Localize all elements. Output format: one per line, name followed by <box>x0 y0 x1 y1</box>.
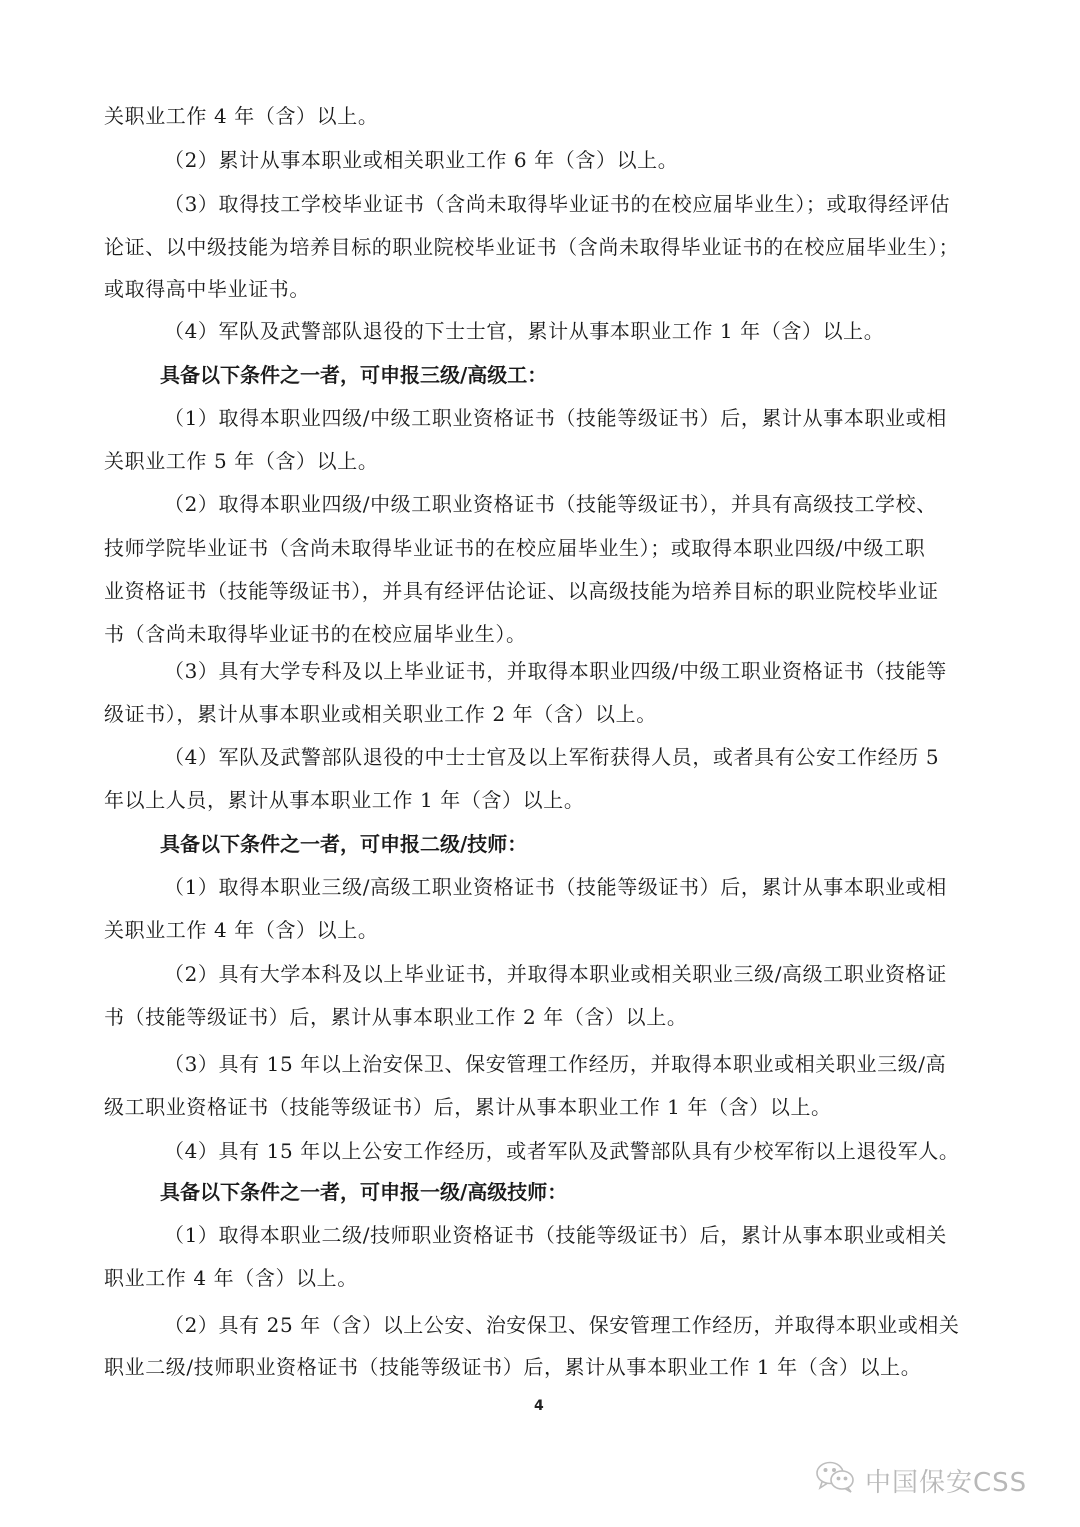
text-line: 业资格证书（技能等级证书），并具有经评估论证、以高级技能为培养目标的职业院校毕业… <box>104 576 976 606</box>
text-line: （2）累计从事本职业或相关职业工作 6 年（含）以上。 <box>164 145 1036 175</box>
text-line: （3）取得技工学校毕业证书（含尚未取得毕业证书的在校应届毕业生）；或取得经评估 <box>164 189 1036 219</box>
section-heading: 具备以下条件之一者，可申报三级/高级工： <box>160 360 1032 390</box>
section-heading: 具备以下条件之一者，可申报一级/高级技师： <box>160 1177 1032 1207</box>
text-line: 论证、以中级技能为培养目标的职业院校毕业证书（含尚未取得毕业证书的在校应届毕业生… <box>104 232 976 262</box>
section-heading: 具备以下条件之一者，可申报二级/技师： <box>160 829 1032 859</box>
text-line: （2）具有大学本科及以上毕业证书，并取得本职业或相关职业三级/高级工职业资格证 <box>164 959 1036 989</box>
wechat-icon <box>815 1460 857 1501</box>
text-line: （1）取得本职业三级/高级工职业资格证书（技能等级证书）后，累计从事本职业或相 <box>164 872 1036 902</box>
document-page: 4 中国保安CSS 关职业工作 4 年（含）以上。（2）累计从事本职业或相关职业… <box>0 0 1080 1527</box>
text-line: 书（技能等级证书）后，累计从事本职业工作 2 年（含）以上。 <box>104 1002 976 1032</box>
text-line: （1）取得本职业二级/技师职业资格证书（技能等级证书）后，累计从事本职业或相关 <box>164 1220 1036 1250</box>
text-line: 关职业工作 4 年（含）以上。 <box>104 915 976 945</box>
text-line: （3）具有大学专科及以上毕业证书，并取得本职业四级/中级工职业资格证书（技能等 <box>164 656 1036 686</box>
text-line: （2）取得本职业四级/中级工职业资格证书（技能等级证书），并具有高级技工学校、 <box>164 489 1036 519</box>
text-line: （4）军队及武警部队退役的下士士官，累计从事本职业工作 1 年（含）以上。 <box>164 316 1036 346</box>
text-line: 技师学院毕业证书（含尚未取得毕业证书的在校应届毕业生）；或取得本职业四级/中级工… <box>104 533 976 563</box>
text-line: （4）具有 15 年以上公安工作经历，或者军队及武警部队具有少校军衔以上退役军人… <box>164 1136 1036 1166</box>
watermark-text: 中国保安CSS <box>865 1462 1027 1499</box>
text-line: 书（含尚未取得毕业证书的在校应届毕业生）。 <box>104 619 976 649</box>
text-line: 级工职业资格证书（技能等级证书）后，累计从事本职业工作 1 年（含）以上。 <box>104 1092 976 1122</box>
text-line: 关职业工作 4 年（含）以上。 <box>104 101 976 131</box>
text-line: （2）具有 25 年（含）以上公安、治安保卫、保安管理工作经历，并取得本职业或相… <box>164 1310 1036 1340</box>
text-line: 或取得高中毕业证书。 <box>104 274 976 304</box>
text-line: 职业二级/技师职业资格证书（技能等级证书）后，累计从事本职业工作 1 年（含）以… <box>104 1352 976 1382</box>
text-line: 职业工作 4 年（含）以上。 <box>104 1263 976 1293</box>
text-line: 年以上人员，累计从事本职业工作 1 年（含）以上。 <box>104 785 976 815</box>
text-line: 级证书），累计从事本职业或相关职业工作 2 年（含）以上。 <box>104 699 976 729</box>
watermark: 中国保安CSS <box>815 1462 1027 1498</box>
page-number: 4 <box>534 1398 544 1414</box>
text-line: （3）具有 15 年以上治安保卫、保安管理工作经历，并取得本职业或相关职业三级/… <box>164 1049 1036 1079</box>
text-line: 关职业工作 5 年（含）以上。 <box>104 446 976 476</box>
text-line: （4）军队及武警部队退役的中士士官及以上军衔获得人员，或者具有公安工作经历 5 <box>164 742 1036 772</box>
text-line: （1）取得本职业四级/中级工职业资格证书（技能等级证书）后，累计从事本职业或相 <box>164 403 1036 433</box>
